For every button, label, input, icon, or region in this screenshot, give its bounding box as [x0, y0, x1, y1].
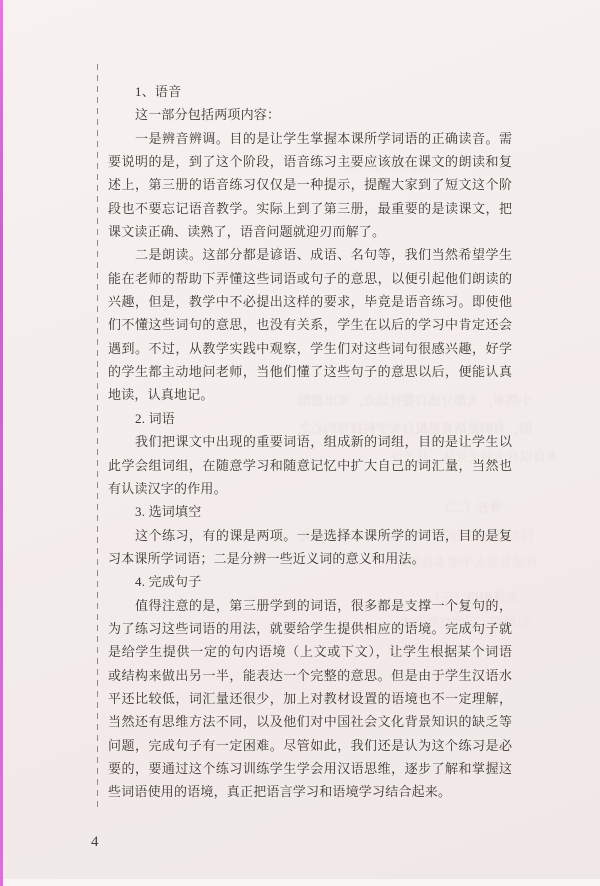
text-line: 要的，要通过这个练习训练学生学会用汉语思维，逐步了解和掌握这: [108, 757, 512, 780]
text-line: 的学生都主动地问老师，当他们懂了这些句子的意思以后，便能认真: [108, 360, 512, 383]
text-line: 地读，认真地记。: [108, 383, 512, 406]
text-line: 我们把课文中出现的重要词语，组成新的词组，目的是让学生以: [108, 430, 512, 453]
text-line: 课文读正确、读熟了，语音问题就迎刃而解了。: [108, 220, 512, 243]
section-heading: 4. 完成句子: [108, 570, 512, 593]
page-number: 4: [91, 834, 99, 851]
section-heading: 1、语音: [108, 80, 512, 103]
section-heading: 3. 选词填空: [108, 500, 512, 523]
text-column: 1、语音 这一部分包括两项内容： 一是辨音辨调。目的是让学生掌握本课所学词语的正…: [108, 80, 512, 804]
scan-bottom-edge: [3, 879, 600, 886]
text-line: 些词语使用的语境，真正把语言学习和语境学习结合起来。: [108, 780, 512, 803]
text-line: 要说明的是，到了这个阶段，语音练习主要应该放在课文的朗读和复: [108, 150, 512, 173]
text-line: 当然还有思维方法不同，以及他们对中国社会文化背景知识的缺乏等: [108, 710, 512, 733]
text-line: 习本课所学词语；二是分辨一些近义词的意义和用法。: [108, 547, 512, 570]
text-line: 有认读汉字的作用。: [108, 477, 512, 500]
text-line: 们不懂这些词句的意思，也没有关系，学生在以后的学习中肯定还会: [108, 313, 512, 336]
text-line: 二是朗读。这部分都是谚语、成语、名句等，我们当然希望学生: [108, 243, 512, 266]
text-line: 平还比较低，词汇量还很少，加上对教材设置的语境也不一定理解，: [108, 687, 512, 710]
text-line: 问题，完成句子有一定困难。尽管如此，我们还是认为这个练习是必: [108, 734, 512, 757]
text-line: 兴趣，但是，教学中不必提出这样的要求，毕竟是语音练习。即使他: [108, 290, 512, 313]
text-line: 遇到。不过，从教学实践中观察，学生们对这些词句很感兴趣，好学: [108, 337, 512, 360]
text-line: 此学会组词组，在随意学习和随意记忆中扩大自己的词汇量，当然也: [108, 454, 512, 477]
text-line: 这个练习，有的课是两项。一是选择本课所学的词语，目的是复: [108, 524, 512, 547]
text-line: 或结构来做出另一半，能表达一个完整的意思。但是由于学生汉语水: [108, 664, 512, 687]
text-line: 这一部分包括两项内容：: [108, 103, 512, 126]
text-line: 段也不要忘记语音教学。实际上到了第三册，最重要的是读课文，把: [108, 197, 512, 220]
scanned-book-page: （课带知识）土本 今课选番约第二条 小然率，大都分达自提针运点，实出最组 的，有…: [0, 0, 600, 886]
section-heading: 2. 词语: [108, 407, 512, 430]
left-edge-stripe: [0, 0, 3, 886]
text-line: 值得注意的是，第三册学到的词语，很多都是支撑一个复句的，: [108, 594, 512, 617]
text-line: 是给学生提供一定的句内语境（上文或下文），让学生根据某个词语: [108, 640, 512, 663]
text-line: 一是辨音辨调。目的是让学生掌握本课所学词语的正确读音。需: [108, 127, 512, 150]
text-line: 为了练习这些词语的用法，就要给学生提供相应的语境。完成句子就: [108, 617, 512, 640]
text-line: 述上，第三册的语音练习仅仅是一种提示，提醒大家到了短文这个阶: [108, 173, 512, 196]
text-line: 能在老师的帮助下弄懂这些词语或句子的意思，以便引起他们朗读的: [108, 267, 512, 290]
binding-dashed-line: [97, 64, 98, 812]
